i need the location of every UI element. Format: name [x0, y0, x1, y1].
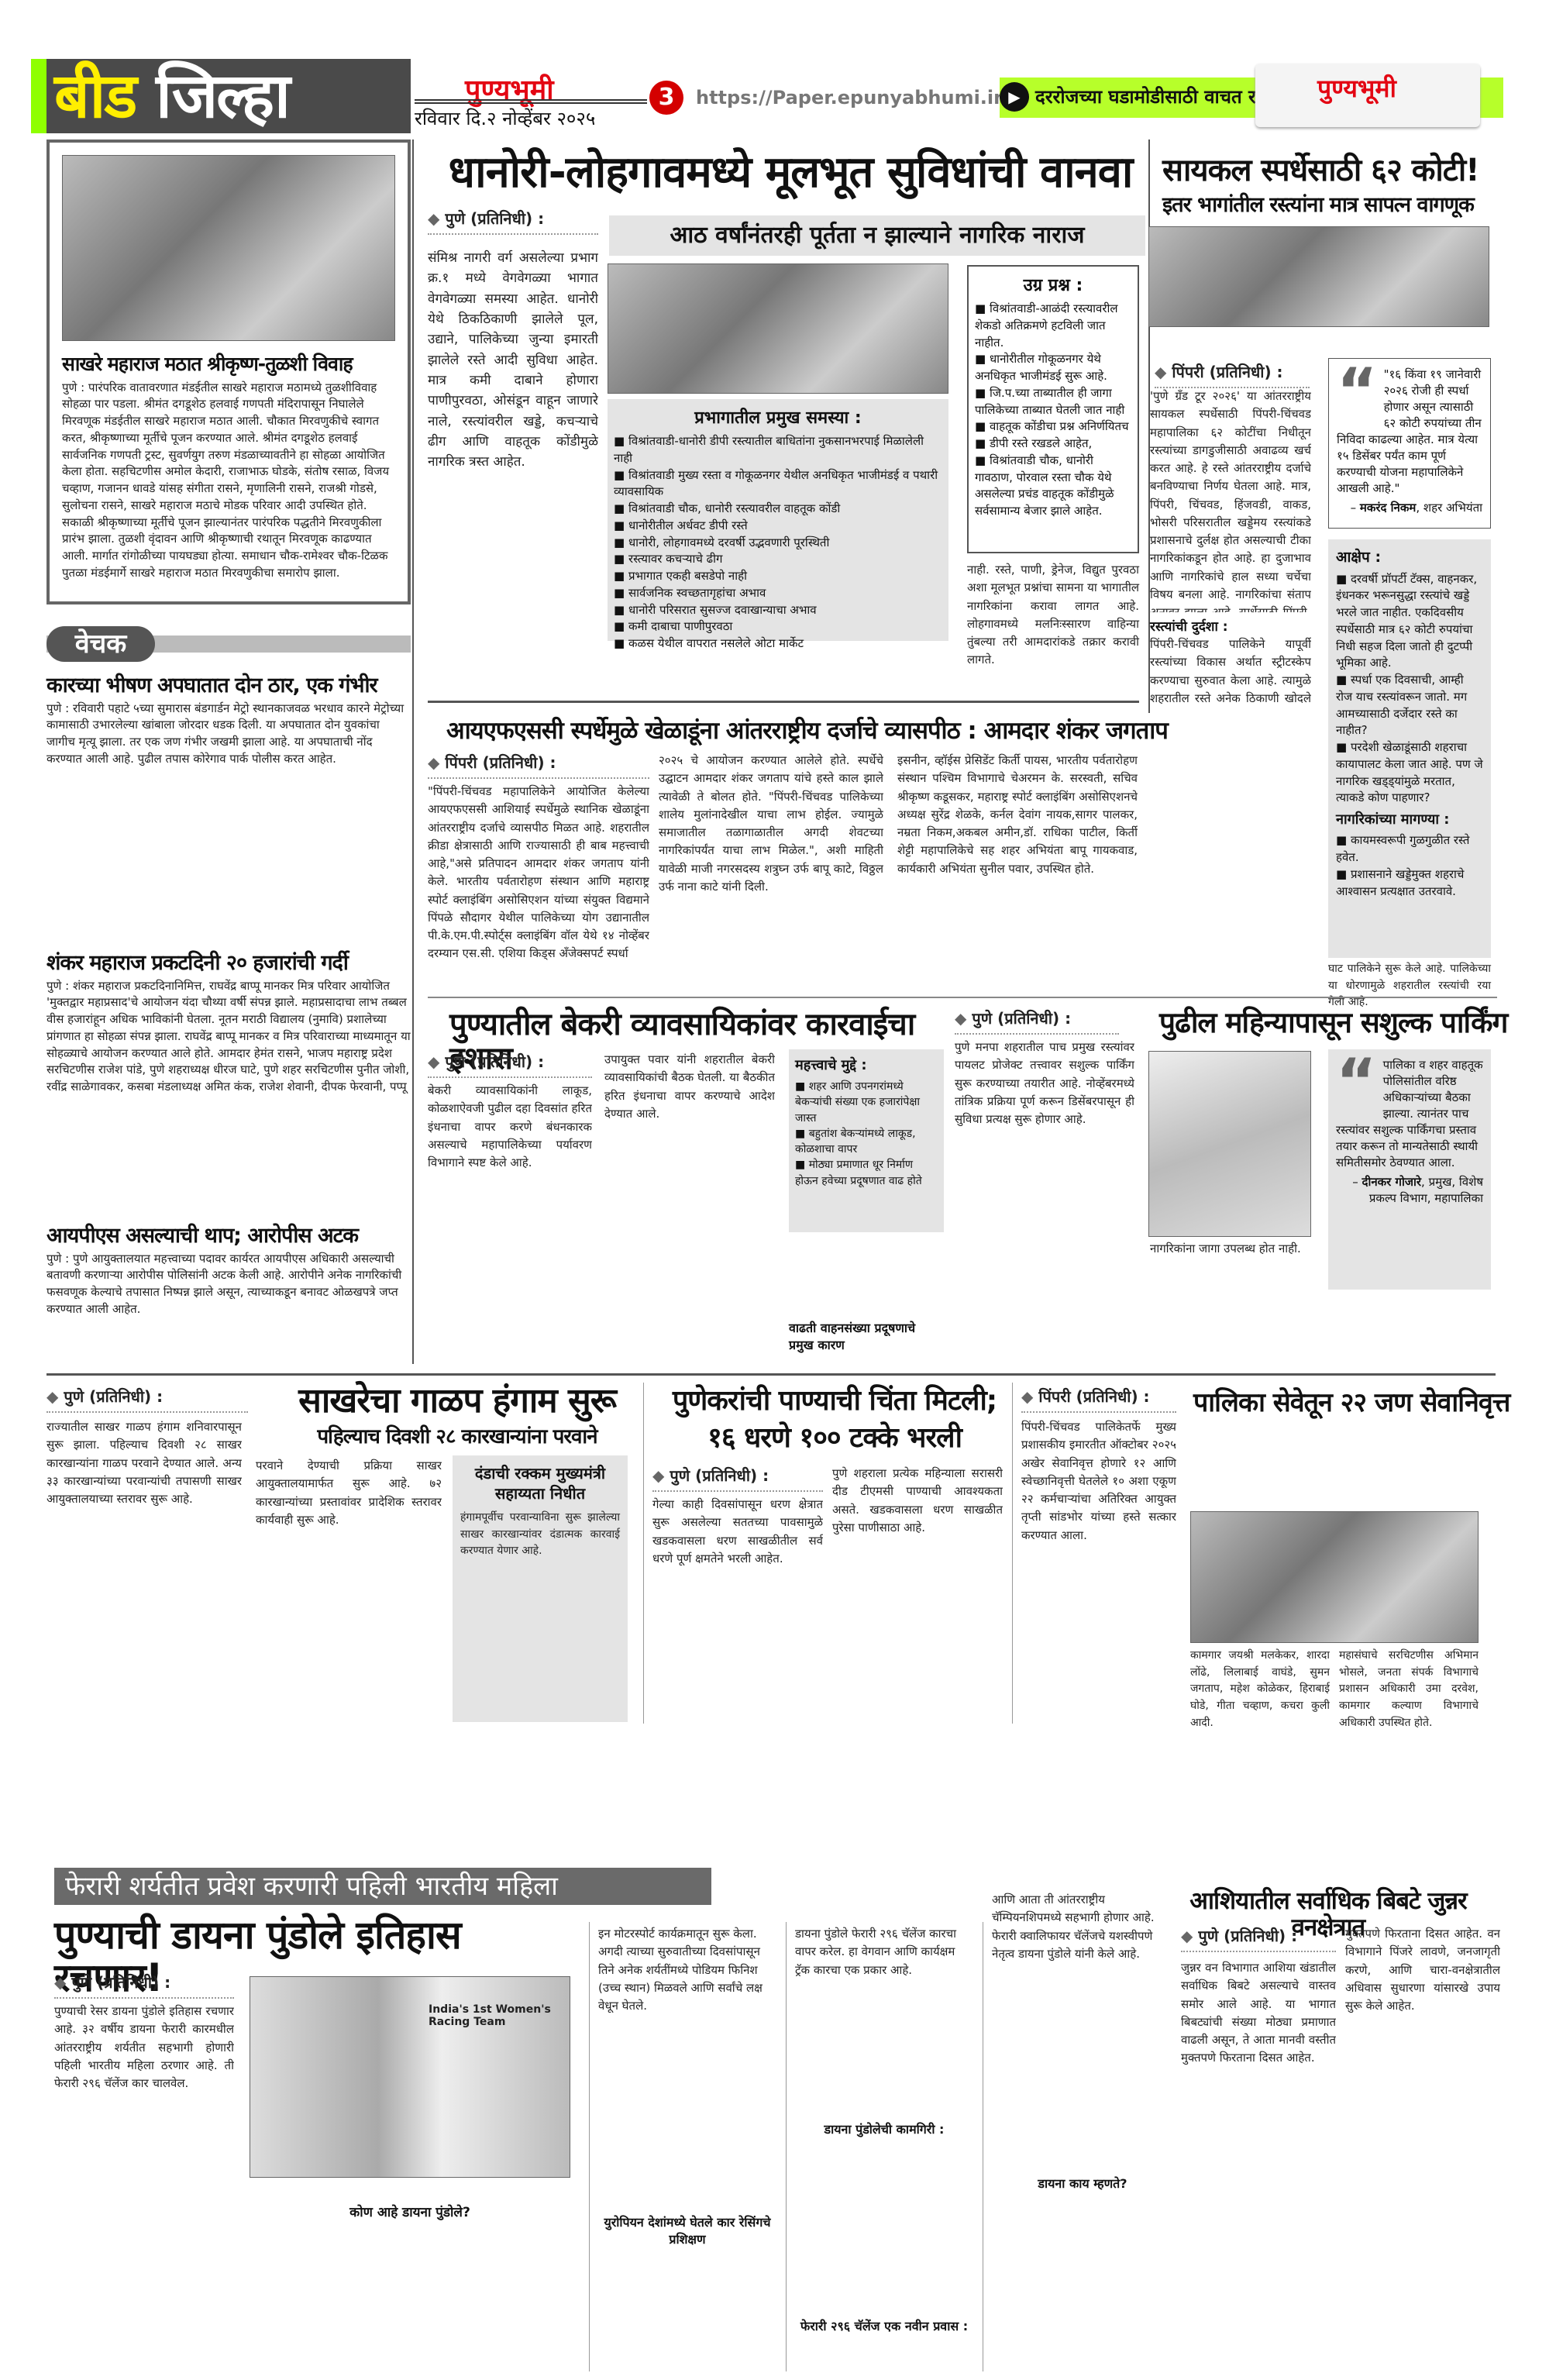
cycle-route-photo — [1148, 226, 1489, 327]
issues-list: विश्रांतवाडी-धानोरी डीपी रस्त्यातील बाधि… — [614, 433, 942, 653]
brief-accident: कारच्या भीषण अपघातात दोन ठार, एक गंभीर प… — [46, 674, 411, 768]
sidebar-title: दंडाची रक्कम मुख्यमंत्री सहाय्यता निधीत — [460, 1463, 620, 1503]
list-item: दरवर्षी प्रॉपर्टी टॅक्स, वाहनकर, इंधनकर … — [1336, 571, 1483, 673]
sugar-headline: साखरेचा गाळप हंगाम सुरू — [263, 1383, 651, 1420]
list-item: डीपी रस्ते रखडले आहेत, — [975, 436, 1131, 453]
brief-fake-ips: आयपीएस असल्याची थाप; आरोपीस अटक पुणे : प… — [46, 1224, 411, 1318]
masthead-accent-bar — [31, 59, 48, 133]
diana-col3-subhead: डायना पुंडोलेची कामगिरी : — [795, 2120, 973, 2137]
story-headline: कारच्या भीषण अपघातात दोन ठार, एक गंभीर — [46, 674, 411, 697]
parking-photo-caption: नागरिकांना जागा उपलब्ध होत नाही. — [1150, 1240, 1313, 1258]
quote-role: शहर अभियंता — [1423, 501, 1482, 515]
story-body: पुणे : पुणे आयुक्तालयात महत्त्वाच्या पदा… — [46, 1251, 411, 1318]
byline: ◆ पुणे (प्रतिनिधी) : — [428, 208, 598, 235]
site-url-link[interactable]: https://Paper.epunyabhumi.in — [696, 87, 1007, 108]
list-item: बहुतांश बेकऱ्यांमध्ये लाकूड, कोळशाचा वाप… — [795, 1126, 938, 1158]
diana-col2-subhead: युरोपियन देशांमध्ये घेतले कार रेसिंगचे प… — [598, 2213, 776, 2247]
diana-col2: इन मोटरस्पोर्ट कार्यक्रमातून सुरू केला. … — [598, 1925, 776, 2204]
quote-icon: “ — [1337, 367, 1378, 416]
quote-author: दीनकर गोजारे — [1361, 1175, 1421, 1189]
cycle-body: 'पुणे ग्रँड टूर २०२६' या आंतरराष्ट्रीय स… — [1150, 387, 1311, 612]
list-item: विश्रांतवाडी चौक, धानोरी गावठाण, पोरवाल … — [975, 453, 1131, 520]
byline-text: पिंपरी (प्रतिनिधी) : — [1038, 1387, 1149, 1406]
dateline: रविवार दि.२ नोव्हेंबर २०२५ — [415, 105, 595, 131]
list-item: धानोरी परिसरात सुसज्ज दवाखान्याचा अभाव — [614, 602, 942, 619]
section-rule — [428, 701, 1139, 703]
byline: ◆ पुणे (प्रतिनिधी) : — [46, 1386, 248, 1413]
byline-text: पुणे (प्रतिनिधी) : — [670, 1466, 769, 1485]
main-story-tail: नाही. रस्ते, पाणी, ड्रेनेज, विद्युत पुरव… — [967, 561, 1139, 670]
diamond-icon: ◆ — [1021, 1387, 1033, 1406]
quote-attribution: – दीनकर गोजारे, प्रमुख, विशेष प्रकल्प वि… — [1336, 1174, 1483, 1207]
list-item: शहर आणि उपनगरांमध्ये बेकऱ्यांची संख्या ए… — [795, 1079, 938, 1126]
section-title: बीड जिल्हा — [54, 59, 289, 133]
diamond-icon: ◆ — [1181, 1927, 1193, 1945]
list-item: कळस येथील वापरात नसलेले ओटा मार्केट — [614, 635, 942, 653]
page-number-badge: 3 — [649, 81, 683, 115]
byline: ◆ पुणे (प्रतिनिधी) : — [1181, 1925, 1336, 1952]
list-item: विश्रांतवाडी मुख्य रस्ता व गोकूळनगर येथी… — [614, 467, 942, 501]
leopard-col2: मुक्तपणे फिरताना दिसत आहेत. वन विभागाने … — [1345, 1925, 1500, 2367]
subheadline-bar: आठ वर्षांनंतरही पूर्तता न झाल्याने नागरि… — [609, 215, 1145, 256]
main-story-body: संमिश्र नागरी वर्ग असलेल्या प्रभाग क्र.१… — [428, 248, 598, 682]
quote-attribution: – मकरंद निकम, शहर अभियंता — [1337, 500, 1482, 516]
byline: ◆ पिंपरी (प्रतिनिधी) : — [428, 752, 649, 779]
diamond-icon: ◆ — [955, 1009, 966, 1028]
diana-col5-subhead: फेरारी २९६ चॅलेंज एक नवीन प्रवास : — [795, 2317, 973, 2334]
wedding-ceremony-photo — [62, 155, 395, 341]
list-item: विश्रांतवाडी चौक, धानोरी रस्त्यावरील वाह… — [614, 501, 942, 518]
section-title-part2: जिल्हा — [156, 60, 289, 132]
diamond-icon: ◆ — [54, 1973, 66, 1992]
parking-headline: पुढील महिन्यापासून सशुल्क पार्किंग — [1159, 1007, 1516, 1039]
byline-text: पुणे (प्रतिनिधी) : — [445, 209, 544, 228]
list-item: धानोरीतील अर्धवट डीपी रस्ते — [614, 518, 942, 535]
demands-title: नागरिकांच्या मागण्या : — [1336, 810, 1483, 829]
list-item: वाहतूक कोंडीचा प्रश्न अनिर्णयितच — [975, 418, 1131, 436]
byline: ◆ पुणे (प्रतिनिधी) : — [428, 1051, 592, 1078]
byline: ◆ पुणे (प्रतिनिधी) : — [955, 1007, 1119, 1035]
parking-body: पुणे मनपा शहरातील पाच प्रमुख रस्त्यांवर … — [955, 1038, 1134, 1348]
ifsc-col2: २०२५ चे आयोजन करण्यात आलेले होते. स्पर्ध… — [659, 752, 883, 984]
diana-col4: आणि आता ती आंतरराष्ट्रीय चॅम्पियनशिपमध्य… — [992, 1891, 1173, 2170]
sugar-sidebar-box: दंडाची रक्कम मुख्यमंत्री सहाय्यता निधीत … — [453, 1455, 628, 1722]
column-divider — [412, 139, 414, 1364]
ifsc-col3: इसनीन, व्हॉईस प्रेसिडेंट किर्ती पायस, भा… — [897, 752, 1138, 984]
byline-text: पुणे (प्रतिनिधी) : — [972, 1009, 1071, 1028]
road-potholes-photo — [608, 263, 948, 394]
list-item: स्पर्धा एक दिवसाची, आम्ही रोज याच रस्त्य… — [1336, 672, 1483, 739]
urgent-box-title: उग्र प्रश्न : — [975, 273, 1131, 296]
diana-col4-subhead: डायना काय म्हणते? — [992, 2175, 1173, 2192]
list-item: कमी दाबाचा पाणीपुरवठा — [614, 618, 942, 635]
diamond-icon: ◆ — [46, 1387, 58, 1406]
byline: ◆ पुणे (प्रतिनिधी) : — [652, 1465, 823, 1492]
bakery-subhead: वाढती वाहनसंख्या प्रदूषणाचे प्रमुख कारण — [789, 1319, 944, 1353]
diamond-icon: ◆ — [428, 753, 439, 772]
sidebar-body: हंगामपूर्वीच परवान्याविना सुरू झालेल्या … — [460, 1510, 620, 1560]
list-item: प्रभागात एकही बसडेपो नाही — [614, 568, 942, 585]
byline: ◆ पिंपरी (प्रतिनिधी) : — [1155, 361, 1310, 388]
cycle-subheadline: इतर भागांतील रस्त्यांना मात्र सापत्न वाग… — [1162, 194, 1550, 217]
byline-text: पुणे (प्रतिनिधी) : — [64, 1387, 163, 1406]
dams-headline-1: पुणेकरांची पाण्याची चिंता मिटली; — [652, 1386, 1017, 1417]
byline-text: पिंपरी (प्रतिनिधी) : — [1172, 363, 1282, 381]
feature-box: साखरे महाराज मठात श्रीकृष्ण-तुळशी विवाह … — [46, 139, 411, 604]
list-item: मोठ्या प्रमाणात धूर निर्माण होऊन हवेच्या… — [795, 1157, 938, 1189]
diana-racing-photo: India's 1st Women's Racing Team — [250, 1976, 570, 2178]
bakery-col1: बेकरी व्यावसायिकांनी लाकूड, कोळशाऐवजी पु… — [428, 1082, 592, 1345]
promo-brand-logo: पुण्यभूमी — [1317, 71, 1396, 105]
column-divider — [983, 1922, 983, 2371]
photo-banner-text: India's 1st Women's Racing Team — [429, 2003, 570, 2028]
cycle-body-2: पिंपरी-चिंचवड पालिकेने यापूर्वी रस्त्यां… — [1150, 635, 1311, 705]
retirees-group-photo — [1190, 1511, 1479, 1643]
main-headline: धानोरी-लोहगावमध्ये मूलभूत सुविधांची वानव… — [434, 149, 1147, 197]
ifsc-headline: आयएफएससी स्पर्धेमुळे खेळाडूंना आंतरराष्ट… — [446, 718, 1314, 744]
section-label-vechak: वेचक — [46, 626, 155, 662]
ifsc-col1: "पिंपरी-चिंचवड महापालिकेने आयोजित केलेल्… — [428, 783, 649, 984]
section-title-part1: बीड — [54, 60, 136, 132]
dams-headline-2: १६ धरणे १०० टक्के भरली — [652, 1423, 1017, 1454]
list-item: कायमस्वरूपी गुळगुळीत रस्ते हवेत. — [1336, 832, 1483, 866]
quote-box: “ "१६ किंवा १९ जानेवारी २०२६ रोजी ही स्प… — [1328, 358, 1491, 529]
key-points-box: महत्त्वाचे मुद्दे : शहर आणि उपनगरांमध्ये… — [789, 1049, 944, 1232]
list-item: विश्रांतवाडी-आळंदी रस्त्यावरील शेकडो अति… — [975, 301, 1131, 351]
leopard-col1: जुन्नर वन विभागात आशिया खंडातील सर्वाधिक… — [1181, 1959, 1336, 2370]
list-item: रस्त्यावर कचऱ्याचे ढीग — [614, 551, 942, 568]
list-item: धानोरीतील गोकूळनगर येथे अनधिकृत भाजीमंडई… — [975, 351, 1131, 385]
byline-text: पिंपरी (प्रतिनिधी) : — [445, 753, 556, 772]
list-item: धानोरी, लोहगावमध्ये दरवर्षी उद्भवणारी पू… — [614, 535, 942, 552]
byline: ◆ पुणे (प्रतिनिधी) : — [54, 1972, 234, 1999]
dams-col2: पुणे शहराला प्रत्येक महिन्याला सरासरी दी… — [832, 1465, 1003, 1728]
diana-photo-question: कोण आहे डायना पुंडोले? — [250, 2203, 570, 2220]
retire-col3: महासंघाचे सरचिटणीस अभिमान भोसले, जनता सं… — [1339, 1648, 1479, 1733]
list-item: प्रशासनाने खड्डेमुक्त शहराचे आश्वासन प्र… — [1336, 866, 1483, 901]
list-item: जि.प.च्या ताब्यातील ही जागा पालिकेच्या त… — [975, 385, 1131, 419]
diamond-icon: ◆ — [428, 209, 439, 228]
sugar-col2: परवाने देण्याची प्रक्रिया साखर आयुक्तालय… — [256, 1457, 442, 1728]
play-icon: ▶ — [1000, 82, 1029, 112]
masthead-double-rule — [415, 99, 647, 104]
issues-box-title: प्रभागातील प्रमुख समस्या : — [614, 405, 942, 429]
bakery-col2: उपायुक्त पवार यांनी शहरातील बेकरी व्यावस… — [604, 1051, 775, 1345]
brief-shankar-maharaj: शंकर महाराज प्रकटदिनी २० हजारांची गर्दी … — [46, 952, 411, 1096]
story-body: पुणे : रविवारी पहाटे ५च्या सुमारास बंडगा… — [46, 701, 411, 768]
story-body: पुणे : शंकर महाराज प्रकटदिनानिमित्त, राघ… — [46, 978, 411, 1096]
dams-col1: गेल्या काही दिवसांपासून धरण क्षेत्रात सु… — [652, 1496, 823, 1728]
quote-icon: “ — [1336, 1057, 1377, 1107]
cycle-subhead: रस्त्यांची दुर्दशा : — [1150, 617, 1311, 635]
diamond-icon: ◆ — [652, 1466, 664, 1485]
key-points-title: महत्त्वाचे मुद्दे : — [795, 1056, 938, 1074]
column-divider — [643, 1383, 644, 1724]
byline: ◆ पिंपरी (प्रतिनिधी) : — [1021, 1386, 1176, 1413]
list-item: विश्रांतवाडी-धानोरी डीपी रस्त्यातील बाधि… — [614, 433, 942, 467]
story-headline: आयपीएस असल्याची थाप; आरोपीस अटक — [46, 1224, 411, 1248]
retire-col1: पिंपरी-चिंचवड पालिकेतर्फे मुख्य प्रशासकी… — [1021, 1418, 1176, 1728]
urgent-questions-box: उग्र प्रश्न : विश्रांतवाडी-आळंदी रस्त्या… — [967, 265, 1139, 553]
list-item: सार्वजनिक स्वच्छतागृहांचा अभाव — [614, 585, 942, 602]
cycle-tail: घाट पालिकेने सुरू केले आहे. पालिकेच्या य… — [1328, 961, 1491, 1011]
quote-author: मकरंद निकम — [1360, 501, 1417, 515]
byline-text: पुणे (प्रतिनिधी) : — [445, 1052, 544, 1071]
byline-text: पुणे (प्रतिनिधी) : — [1198, 1927, 1297, 1945]
parking-quote-box: “ पालिका व शहर वाहतूक पोलिसांतील वरिष्ठ … — [1328, 1049, 1491, 1290]
column-divider — [589, 1922, 590, 2371]
diamond-icon: ◆ — [428, 1052, 439, 1071]
section-rule — [46, 1373, 1496, 1376]
objections-title: आक्षेप : — [1336, 547, 1483, 568]
story-headline: साखरे महाराज मठात श्रीकृष्ण-तुळशी विवाह — [50, 353, 408, 375]
section-rule — [428, 997, 1497, 998]
story-body: पुणे : पारंपरिक वातावरणात मंडईतील साखरे … — [50, 375, 408, 587]
cycle-headline: सायकल स्पर्धेसाठी ६२ कोटी! — [1162, 153, 1550, 188]
sugar-col1: राज्यातील साखर गाळप हंगाम शनिवारपासून सु… — [46, 1418, 242, 1728]
retire-headline: पालिका सेवेतून २२ जण सेवानिवृत्त — [1193, 1389, 1519, 1417]
byline-text: पुणे (प्रतिनिधी) : — [71, 1973, 170, 1992]
promo-text: दररोजच्या घडामोडीसाठी वाचत रहा... — [1035, 84, 1292, 109]
diana-col1: पुण्याची रेसर डायना पुंडोले इतिहास रचणार… — [54, 2003, 234, 2367]
municipal-building-photo — [1148, 1051, 1311, 1237]
objections-box: आक्षेप : दरवर्षी प्रॉपर्टी टॅक्स, वाहनकर… — [1328, 539, 1491, 958]
column-divider — [786, 1922, 787, 2371]
issues-box: प्रभागातील प्रमुख समस्या : विश्रांतवाडी-… — [608, 399, 948, 641]
diana-col3: डायना पुंडोले फेरारी २९६ चॅलेंज कारचा वा… — [795, 1925, 973, 2119]
column-divider — [1012, 1383, 1013, 1724]
diamond-icon: ◆ — [1155, 363, 1166, 381]
list-item: परदेशी खेळाडूंसाठी शहराचा कायापालट केला … — [1336, 739, 1483, 807]
retire-col2: कामगार जयश्री मलकेकर, शारदा लोंढे, लिलाब… — [1190, 1648, 1330, 1733]
story-headline: शंकर महाराज प्रकटदिनी २० हजारांची गर्दी — [46, 952, 411, 975]
sugar-subheadline: पहिल्याच दिवशी २८ कारखान्यांना परवाने — [263, 1426, 651, 1448]
diana-banner: फेरारी शर्यतीत प्रवेश करणारी पहिली भारती… — [54, 1868, 711, 1905]
